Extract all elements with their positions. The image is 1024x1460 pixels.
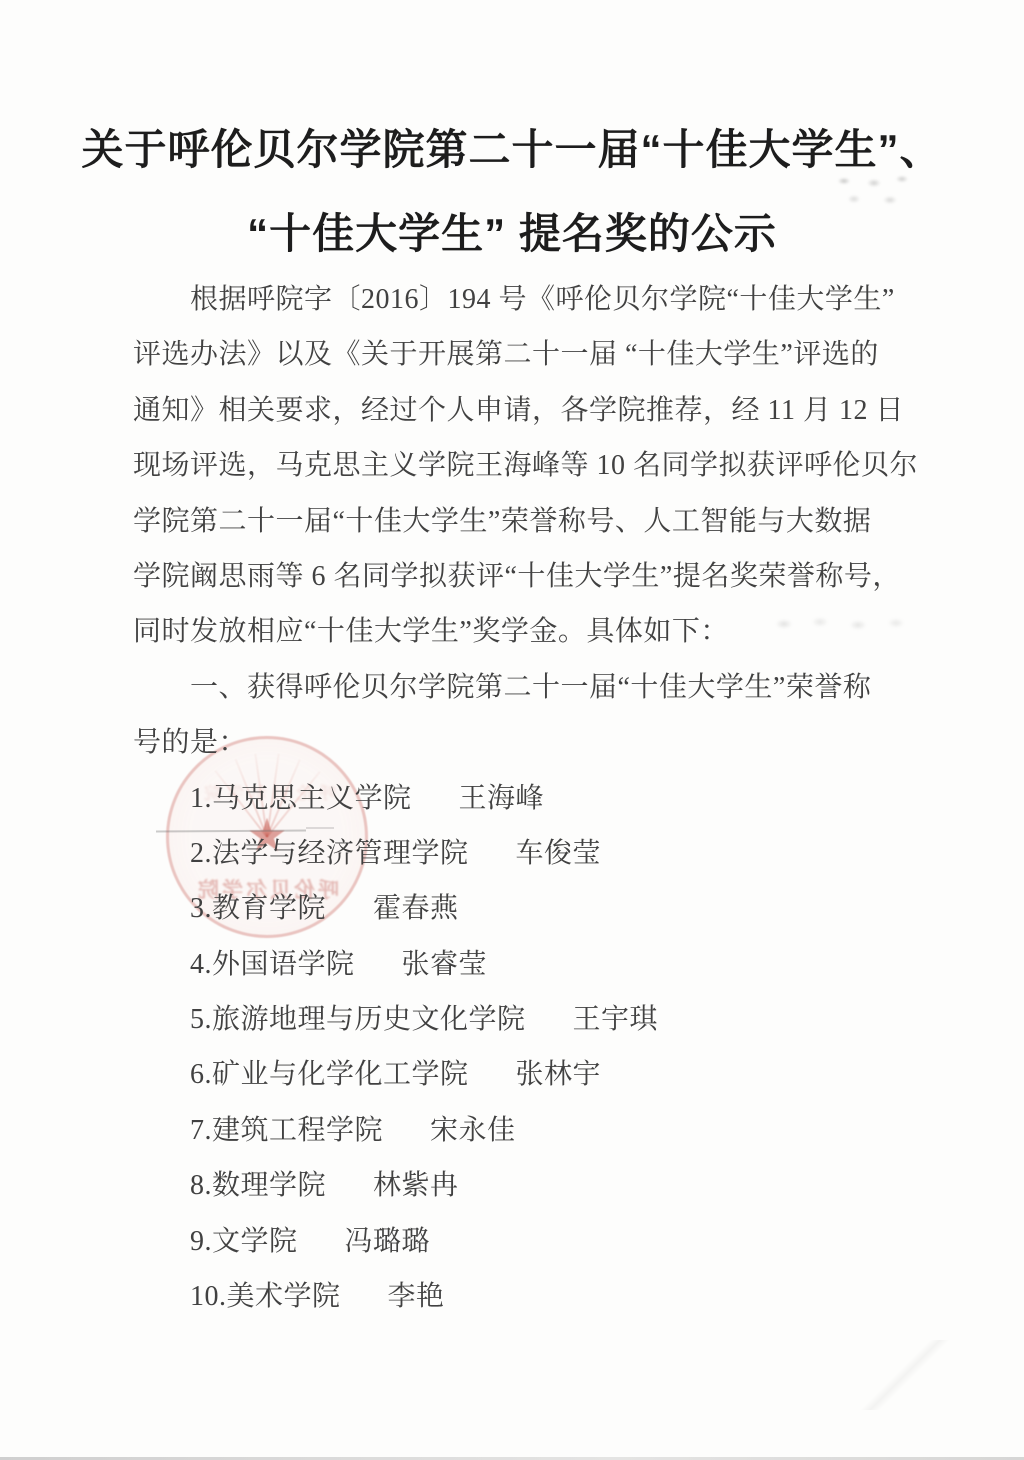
winner-college: 数理学院 xyxy=(212,1170,326,1201)
winner-row: 4.外国语学院张睿莹 xyxy=(133,937,933,992)
scanned-document-page: ★ 呼伦贝尔学院 呼伦贝尔学院 关于呼伦贝尔学院第二十一届“十佳大学生”、 “十… xyxy=(0,0,1024,1460)
winner-college: 矿业与化学化工学院 xyxy=(212,1059,469,1090)
winner-name: 霍春燕 xyxy=(373,893,459,924)
winner-college: 马克思主义学院 xyxy=(212,783,412,814)
winner-row: 7.建筑工程学院宋永佳 xyxy=(133,1103,933,1158)
body-line: 号的是： xyxy=(133,715,933,770)
winner-number: 10. xyxy=(190,1281,227,1312)
body-line: 学院第二十一届“十佳大学生”荣誉称号、人工智能与大数据 xyxy=(133,494,933,549)
winner-number: 6. xyxy=(190,1059,212,1090)
body-lines: 根据呼院字〔2016〕194 号《呼伦贝尔学院“十佳大学生”评选办法》以及《关于… xyxy=(133,272,933,771)
winner-name: 林紫冉 xyxy=(373,1170,459,1201)
body-line: 评选办法》以及《关于开展第二十一届 “十佳大学生”评选的 xyxy=(133,327,933,382)
winner-row: 2.法学与经济管理学院车俊莹 xyxy=(133,826,933,881)
winner-name: 冯璐璐 xyxy=(345,1226,431,1257)
winner-row: 9.文学院冯璐璐 xyxy=(133,1214,933,1269)
winner-row: 8.数理学院林紫冉 xyxy=(133,1158,933,1213)
winner-number: 4. xyxy=(190,949,212,980)
winner-name: 王宇琪 xyxy=(573,1004,659,1035)
winner-number: 9. xyxy=(190,1226,212,1257)
winner-name: 车俊莹 xyxy=(516,838,602,869)
body-line: 根据呼院字〔2016〕194 号《呼伦贝尔学院“十佳大学生” xyxy=(133,272,933,327)
body-line: 通知》相关要求，经过个人申请，各学院推荐，经 11 月 12 日 xyxy=(133,383,933,438)
title-line-2: “十佳大学生” 提名奖的公示 xyxy=(0,192,1024,276)
winner-row: 6.矿业与化学化工学院张林宇 xyxy=(133,1047,933,1102)
winner-row: 1.马克思主义学院王海峰 xyxy=(133,771,933,826)
body-line: 现场评选，马克思主义学院王海峰等 10 名同学拟获评呼伦贝尔 xyxy=(133,438,933,493)
winner-name: 李艳 xyxy=(388,1281,445,1312)
winner-row: 10.美术学院李艳 xyxy=(133,1269,933,1324)
winner-college: 建筑工程学院 xyxy=(212,1115,383,1146)
winner-number: 8. xyxy=(190,1170,212,1201)
winner-name: 王海峰 xyxy=(459,783,545,814)
winner-number: 2. xyxy=(190,838,212,869)
winner-college: 文学院 xyxy=(212,1226,298,1257)
winner-number: 7. xyxy=(190,1115,212,1146)
winner-name: 宋永佳 xyxy=(430,1115,516,1146)
winner-college: 旅游地理与历史文化学院 xyxy=(212,1004,526,1035)
winner-college: 法学与经济管理学院 xyxy=(212,838,469,869)
winner-name: 张睿莹 xyxy=(402,949,488,980)
title-line-1: 关于呼伦贝尔学院第二十一届“十佳大学生”、 xyxy=(0,108,1024,192)
winner-row: 5.旅游地理与历史文化学院王宇琪 xyxy=(133,992,933,1047)
body-line: 同时发放相应“十佳大学生”奖学金。具体如下： xyxy=(133,604,933,659)
body-line: 学院阚思雨等 6 名同学拟获评“十佳大学生”提名奖荣誉称号， xyxy=(133,549,933,604)
scan-scratch-mark xyxy=(840,1340,970,1410)
winner-number: 3. xyxy=(190,893,212,924)
document-body: 根据呼院字〔2016〕194 号《呼伦贝尔学院“十佳大学生”评选办法》以及《关于… xyxy=(133,272,933,1324)
winner-college: 美术学院 xyxy=(227,1281,341,1312)
winner-number: 1. xyxy=(190,783,212,814)
body-line: 一、获得呼伦贝尔学院第二十一届“十佳大学生”荣誉称 xyxy=(133,660,933,715)
winner-college: 外国语学院 xyxy=(212,949,355,980)
winner-list: 1.马克思主义学院王海峰2.法学与经济管理学院车俊莹3.教育学院霍春燕4.外国语… xyxy=(133,771,933,1325)
document-title: 关于呼伦贝尔学院第二十一届“十佳大学生”、 “十佳大学生” 提名奖的公示 xyxy=(0,108,1024,276)
winner-college: 教育学院 xyxy=(212,893,326,924)
winner-number: 5. xyxy=(190,1004,212,1035)
winner-row: 3.教育学院霍春燕 xyxy=(133,881,933,936)
winner-name: 张林宇 xyxy=(516,1059,602,1090)
